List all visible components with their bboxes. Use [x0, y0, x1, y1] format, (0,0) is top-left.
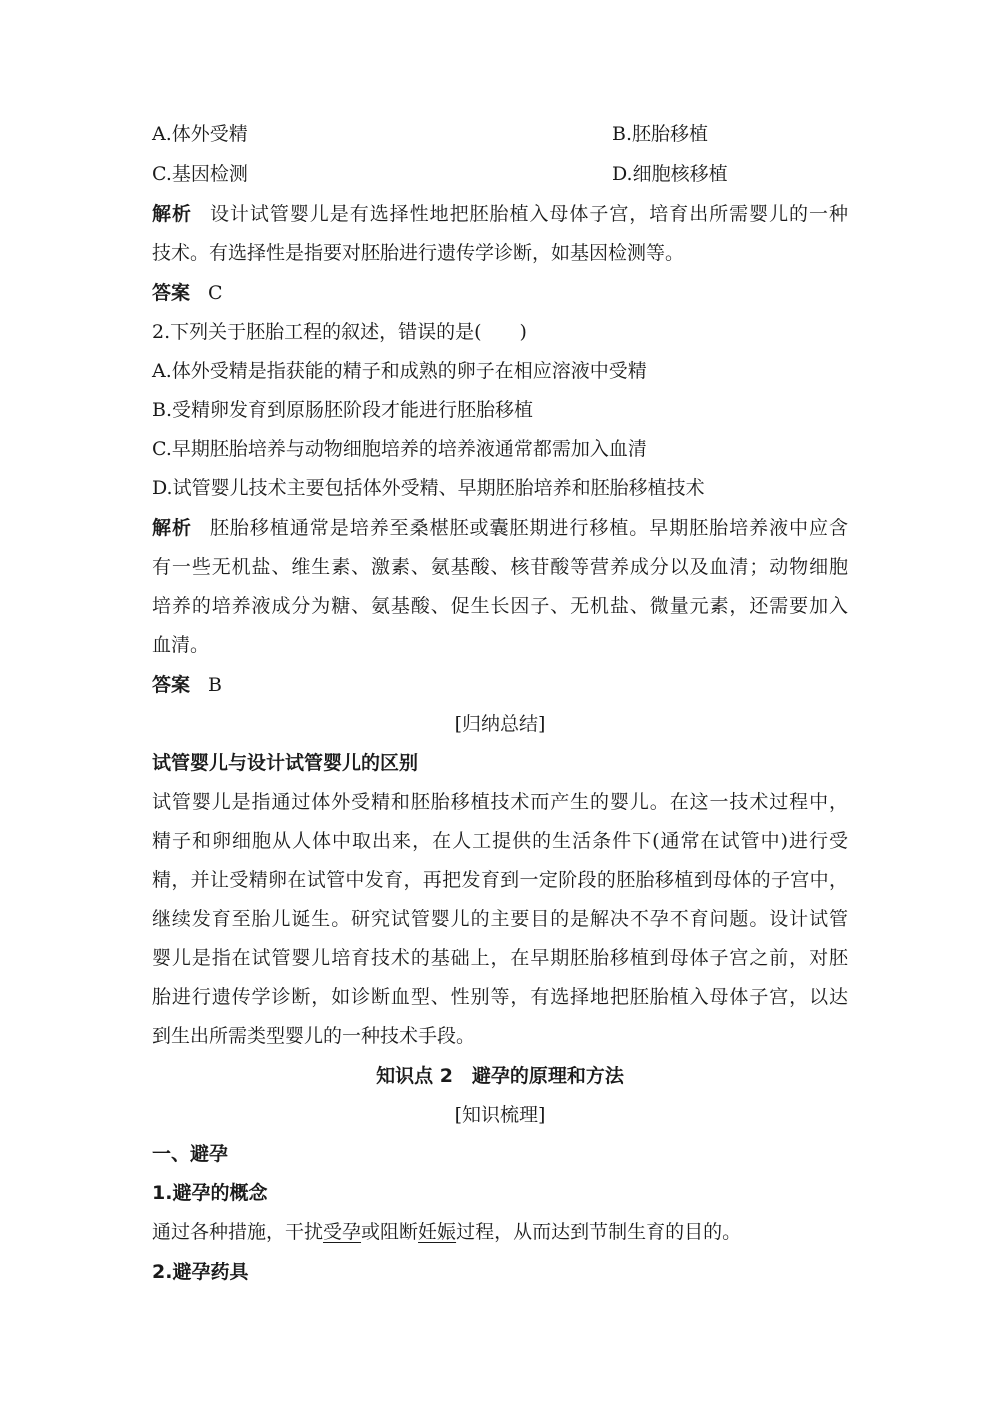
item-concept-text: 通过各种措施，干扰受孕或阻断妊娠过程，从而达到节制生育的目的。	[152, 1220, 741, 1244]
q2-answer-label: 答案	[152, 674, 190, 696]
section-contraception: 一、避孕	[152, 1142, 228, 1166]
q1-answer-value: C	[208, 282, 223, 304]
q2-stem: 2.下列关于胚胎工程的叙述，错误的是( )	[152, 320, 527, 344]
q1-answer: 答案C	[152, 281, 223, 305]
q2-answer-value: B	[208, 674, 222, 696]
q1-option-a: A.体外受精	[152, 123, 248, 145]
knowledge-point-title: 知识点 2 避孕的原理和方法	[0, 1064, 1000, 1088]
summary-line-4: 继续发育至胎儿诞生。研究试管婴儿的主要目的是解决不孕不育问题。设计试管	[152, 907, 848, 931]
summary-line-6: 胎进行遗传学诊断，如诊断血型、性别等，有选择地把胚胎植入母体子宫，以达	[152, 985, 848, 1009]
q1-option-c: C.基因检测	[152, 163, 248, 185]
q2-analysis-line-1: 解析胚胎移植通常是培养至桑椹胚或囊胚期进行移植。早期胚胎培养液中应含	[152, 516, 848, 540]
summary-title: 试管婴儿与设计试管婴儿的区别	[152, 751, 418, 775]
q2-option-c: C.早期胚胎培养与动物细胞培养的培养液通常都需加入血清	[152, 437, 647, 461]
q1-analysis-line-2: 技术。有选择性是指要对胚胎进行遗传学诊断，如基因检测等。	[152, 241, 684, 265]
item-tools-title: 2.避孕药具	[152, 1260, 248, 1284]
q2-answer: 答案B	[152, 673, 222, 697]
q1-option-row-1: A.体外受精 B.胚胎移植	[152, 122, 248, 146]
q1-answer-label: 答案	[152, 282, 190, 304]
q2-analysis-line-3: 培养的培养液成分为糖、氨基酸、促生长因子、无机盐、微量元素，还需要加入	[152, 594, 848, 618]
summary-line-1: 试管婴儿是指通过体外受精和胚胎移植技术而产生的婴儿。在这一技术过程中，	[152, 790, 848, 814]
item-concept-title: 1.避孕的概念	[152, 1181, 267, 1205]
q1-analysis-label: 解析	[152, 203, 192, 225]
fill-blank-1: 受孕	[323, 1221, 361, 1243]
q2-option-a: A.体外受精是指获能的精子和成熟的卵子在相应溶液中受精	[152, 359, 647, 383]
q1-option-d: D.细胞核移植	[612, 162, 728, 186]
summary-line-5: 婴儿是指在试管婴儿培育技术的基础上，在早期胚胎移植到母体子宫之前，对胚	[152, 946, 848, 970]
q1-option-row-2: C.基因检测 D.细胞核移植	[152, 162, 248, 186]
summary-line-2: 精子和卵细胞从人体中取出来，在人工提供的生活条件下(通常在试管中)进行受	[152, 829, 848, 853]
q2-analysis-line-4: 血清。	[152, 633, 209, 657]
q2-analysis-label: 解析	[152, 517, 192, 539]
q2-option-b: B.受精卵发育到原肠胚阶段才能进行胚胎移植	[152, 398, 533, 422]
q1-option-b: B.胚胎移植	[612, 122, 708, 146]
summary-heading: [归纳总结]	[0, 712, 1000, 736]
summary-line-7: 到生出所需类型婴儿的一种技术手段。	[152, 1024, 475, 1048]
q1-analysis-line-1: 解析设计试管婴儿是有选择性地把胚胎植入母体子宫，培育出所需婴儿的一种	[152, 202, 848, 226]
summary-line-3: 精，并让受精卵在试管中发育，再把发育到一定阶段的胚胎移植到母体的子宫中，	[152, 868, 848, 892]
q2-option-d: D.试管婴儿技术主要包括体外受精、早期胚胎培养和胚胎移植技术	[152, 476, 705, 500]
knowledge-subheading: [知识梳理]	[0, 1103, 1000, 1127]
q2-analysis-line-2: 有一些无机盐、维生素、激素、氨基酸、核苷酸等营养成分以及血清；动物细胞	[152, 555, 848, 579]
fill-blank-2: 妊娠	[418, 1221, 456, 1243]
document-page: A.体外受精 B.胚胎移植 C.基因检测 D.细胞核移植 解析设计试管婴儿是有选…	[0, 0, 1000, 1414]
